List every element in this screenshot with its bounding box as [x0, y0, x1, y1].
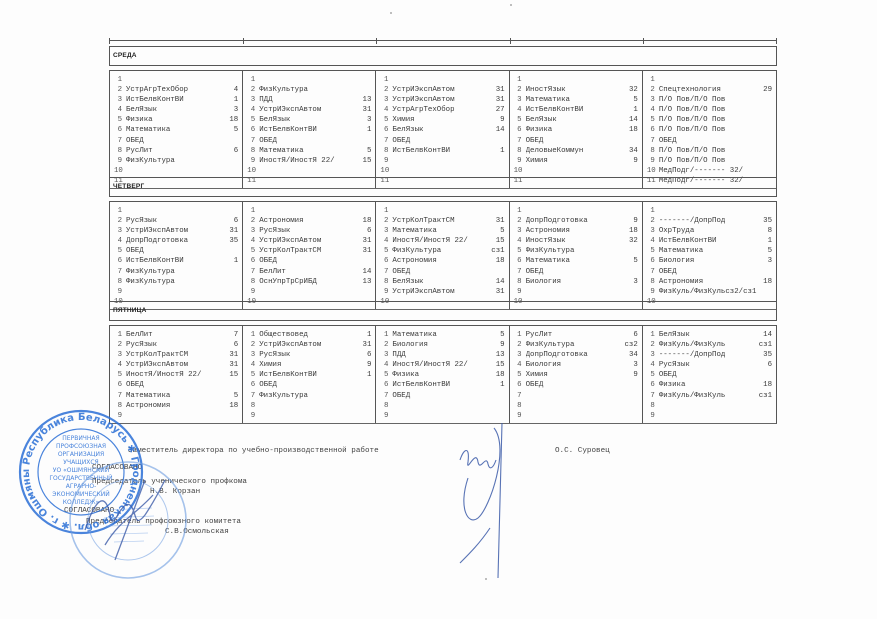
lesson-number: 5: [514, 115, 522, 125]
lesson-number: 4: [380, 360, 388, 370]
lesson-row: 1: [114, 206, 238, 216]
lesson-subject: ДопрПодготовка: [126, 236, 226, 246]
lesson-row: 8Математика5: [247, 146, 371, 156]
lesson-subject: УстрИЭкспАвтом: [259, 105, 359, 115]
lesson-number: 6: [514, 380, 522, 390]
lesson-room: 9: [359, 360, 371, 370]
lesson-room: [760, 370, 772, 380]
day-title: ПЯТНИЦА: [109, 301, 777, 321]
lesson-room: 1: [226, 256, 238, 266]
lesson-subject: УстрАгрТехОбор: [392, 105, 492, 115]
lesson-row: 3ИстБелвКонтВИ1: [114, 95, 238, 105]
lesson-subject: [659, 411, 760, 421]
lesson-room: [226, 136, 238, 146]
lesson-subject: [259, 166, 359, 176]
group-column: 12Спецтехнология293П/О Пов/П/О Пов4П/О П…: [643, 71, 776, 188]
lesson-subject: РусЛит: [126, 146, 226, 156]
scan-speck: [510, 4, 512, 6]
lesson-subject: ОБЕД: [659, 136, 760, 146]
lesson-row: 2-------/ДопрПод35: [647, 216, 772, 226]
lesson-subject: БелЯзык: [259, 115, 359, 125]
lesson-row: 3-------/ДопрПод35: [647, 350, 772, 360]
lesson-room: 6: [226, 146, 238, 156]
lesson-room: 1: [359, 370, 371, 380]
deputy-title: Заместитель директора по учебно-производ…: [128, 447, 379, 455]
lesson-subject: [259, 206, 359, 216]
lesson-room: 18: [626, 226, 638, 236]
lesson-subject: УстрИЭкспАвтом: [126, 360, 226, 370]
lesson-room: 31: [359, 236, 371, 246]
lesson-row: 6Математика5: [514, 256, 638, 266]
lesson-room: [760, 401, 772, 411]
lesson-number: 5: [514, 370, 522, 380]
lesson-number: 3: [514, 95, 522, 105]
lesson-subject: -------/ДопрПод: [659, 216, 760, 226]
lesson-room: [359, 380, 371, 390]
lesson-number: 7: [114, 267, 122, 277]
lesson-row: 1: [514, 75, 638, 85]
lesson-number: 9: [647, 287, 655, 297]
lesson-room: 6: [359, 350, 371, 360]
lesson-subject: Математика: [392, 330, 492, 340]
lesson-number: 7: [380, 136, 388, 146]
day-block-thursday: ЧЕТВЕРГ 12РусЯзык63УстрИЭкспАвтом314Допр…: [109, 177, 777, 310]
lesson-subject: ДопрПодготовка: [526, 350, 626, 360]
lesson-row: 4ИстБелвКонтВИ1: [647, 236, 772, 246]
lesson-subject: УстрАгрТехОбор: [126, 85, 226, 95]
lesson-number: 7: [514, 136, 522, 146]
lesson-room: 9: [626, 216, 638, 226]
lesson-subject: ИстБелвКонтВИ: [392, 380, 492, 390]
lesson-room: 1: [359, 125, 371, 135]
lesson-number: 9: [380, 287, 388, 297]
lesson-row: 7ФизКультура: [247, 391, 371, 401]
lesson-subject: ФизКультура: [526, 340, 625, 350]
lesson-subject: [392, 75, 492, 85]
lesson-room: 18: [359, 216, 371, 226]
lesson-room: 14: [493, 125, 505, 135]
lesson-row: 2РусЯзык6: [114, 216, 238, 226]
signature-profkom: [75, 460, 195, 570]
lesson-subject: [126, 75, 226, 85]
lesson-room: 18: [626, 125, 638, 135]
lesson-room: [493, 267, 505, 277]
lesson-subject: Математика: [526, 256, 626, 266]
lesson-room: [626, 401, 638, 411]
group-column: 12УстрАгрТехОбор43ИстБелвКонтВИ14БелЯзык…: [110, 71, 243, 188]
lesson-room: [359, 401, 371, 411]
lesson-number: 5: [380, 115, 388, 125]
lesson-number: 1: [380, 330, 388, 340]
lesson-room: 13: [493, 350, 505, 360]
lesson-number: 2: [647, 216, 655, 226]
lesson-room: [359, 206, 371, 216]
lesson-room: 8: [760, 226, 772, 236]
lesson-row: 3УстрИЭкспАвтом31: [114, 226, 238, 236]
lesson-subject: ИностЯзык: [526, 85, 626, 95]
lesson-subject: Спецтехнология: [659, 85, 760, 95]
lesson-subject: П/О Пов/П/О Пов: [659, 105, 760, 115]
day-groups: 12РусЯзык63УстрИЭкспАвтом314ДопрПодготов…: [109, 201, 777, 310]
lesson-number: 6: [514, 256, 522, 266]
lesson-row: 4УстрИЭкспАвтом31: [114, 360, 238, 370]
lesson-room: 18: [760, 277, 772, 287]
lesson-number: 3: [114, 226, 122, 236]
lesson-number: 7: [114, 136, 122, 146]
lesson-row: 2Биология9: [380, 340, 504, 350]
lesson-subject: Математика: [659, 246, 760, 256]
lesson-subject: ИностЯ/ИностЯ 22/: [126, 370, 226, 380]
lesson-row: 5ФизКультурасз1: [380, 246, 504, 256]
lesson-number: 10: [114, 166, 122, 176]
lesson-subject: ОБЕД: [126, 380, 226, 390]
lesson-room: 9: [626, 156, 638, 166]
lesson-room: [226, 156, 238, 166]
day-groups: 12УстрАгрТехОбор43ИстБелвКонтВИ14БелЯзык…: [109, 70, 777, 189]
lesson-number: 4: [647, 105, 655, 115]
lesson-row: 6Астрономия18: [380, 256, 504, 266]
lesson-number: 8: [114, 146, 122, 156]
lesson-subject: [259, 401, 359, 411]
lesson-subject: Астрономия: [526, 226, 626, 236]
lesson-subject: УстрКолТрактСМ: [259, 246, 359, 256]
lesson-row: 5Физика18: [114, 115, 238, 125]
lesson-subject: [259, 287, 359, 297]
lesson-row: 3УстрКолТрактСМ31: [114, 350, 238, 360]
lesson-row: 9Химия9: [514, 156, 638, 166]
lesson-number: 3: [247, 350, 255, 360]
lesson-subject: ИностЯ/ИностЯ 22/: [392, 360, 492, 370]
lesson-room: [359, 256, 371, 266]
lesson-number: 3: [647, 350, 655, 360]
lesson-subject: [659, 75, 760, 85]
lesson-row: 3ПДД13: [247, 95, 371, 105]
lesson-subject: ОснУпрТрСрИБД: [259, 277, 359, 287]
lesson-row: 7Математика5: [114, 391, 238, 401]
lesson-number: 2: [247, 340, 255, 350]
lesson-subject: [526, 391, 626, 401]
lesson-row: 1: [380, 206, 504, 216]
lesson-row: 7ОБЕД: [647, 267, 772, 277]
lesson-subject: Химия: [526, 156, 626, 166]
lesson-room: 6: [359, 226, 371, 236]
lesson-number: 7: [647, 136, 655, 146]
lesson-number: 10: [514, 166, 522, 176]
signature-deputy: [450, 418, 520, 578]
lesson-row: 8ДеловыеКоммун34: [514, 146, 638, 156]
lesson-number: 5: [647, 115, 655, 125]
lesson-number: 2: [647, 85, 655, 95]
lesson-row: 6ОБЕД: [114, 380, 238, 390]
lesson-row: 9: [514, 287, 638, 297]
lesson-subject: БелЯзык: [659, 330, 760, 340]
lesson-room: [626, 267, 638, 277]
lesson-room: 13: [359, 277, 371, 287]
lesson-room: 31: [359, 340, 371, 350]
lesson-subject: ОБЕД: [526, 136, 626, 146]
lesson-number: 9: [247, 156, 255, 166]
lesson-room: [493, 156, 505, 166]
lesson-room: [626, 246, 638, 256]
lesson-row: 2ФизКуль/ФизКульсз1: [647, 340, 772, 350]
lesson-subject: Физика: [526, 125, 626, 135]
lesson-row: 6ОБЕД: [514, 380, 638, 390]
lesson-row: 1Математика5: [380, 330, 504, 340]
lesson-number: 4: [247, 236, 255, 246]
lesson-number: 3: [380, 226, 388, 236]
lesson-room: [760, 125, 772, 135]
lesson-number: 9: [247, 287, 255, 297]
lesson-row: 5Математика5: [647, 246, 772, 256]
lesson-row: 7ОБЕД: [247, 136, 371, 146]
lesson-room: [359, 136, 371, 146]
lesson-row: 1РусЛит6: [514, 330, 638, 340]
group-column: 12-------/ДопрПод353ОхрТруда84ИстБелвКон…: [643, 202, 776, 309]
lesson-room: [226, 166, 238, 176]
lesson-row: 4РусЯзык6: [647, 360, 772, 370]
lesson-room: [626, 380, 638, 390]
lesson-room: 1: [626, 105, 638, 115]
lesson-room: 9: [626, 370, 638, 380]
lesson-row: 3Математика5: [380, 226, 504, 236]
lesson-room: 31: [226, 350, 238, 360]
lesson-subject: УстрИЭкспАвтом: [259, 340, 359, 350]
lesson-row: 6Физика18: [647, 380, 772, 390]
lesson-subject: Биология: [392, 340, 492, 350]
lesson-row: 8: [514, 401, 638, 411]
lesson-room: 3: [626, 360, 638, 370]
lesson-row: 5ИностЯ/ИностЯ 22/15: [114, 370, 238, 380]
lesson-number: 2: [247, 85, 255, 95]
lesson-number: 2: [380, 216, 388, 226]
lesson-number: 4: [514, 236, 522, 246]
lesson-number: 1: [114, 206, 122, 216]
lesson-row: 6ОБЕД: [247, 256, 371, 266]
lesson-number: 7: [247, 267, 255, 277]
lesson-number: 6: [514, 125, 522, 135]
lesson-room: [760, 105, 772, 115]
lesson-row: 9: [647, 411, 772, 421]
lesson-room: 1: [760, 236, 772, 246]
lesson-number: 6: [247, 125, 255, 135]
lesson-row: 10: [114, 166, 238, 176]
lesson-room: 35: [226, 236, 238, 246]
lesson-room: сз1: [759, 340, 772, 350]
lesson-subject: ИностЯ/ИностЯ 22/: [259, 156, 359, 166]
lesson-number: 6: [647, 380, 655, 390]
lesson-room: 5: [359, 146, 371, 156]
lesson-room: 14: [359, 267, 371, 277]
lesson-number: 6: [380, 125, 388, 135]
lesson-row: 6ИстБелвКонтВИ1: [247, 125, 371, 135]
stamp-inner-line: ПЕРВИЧНАЯ: [62, 435, 99, 442]
lesson-room: [626, 166, 638, 176]
lesson-number: 5: [114, 115, 122, 125]
lesson-room: 4: [226, 85, 238, 95]
lesson-room: 31: [493, 287, 505, 297]
lesson-number: 9: [514, 287, 522, 297]
lesson-subject: ФизКультура: [126, 277, 226, 287]
lesson-subject: ИностЯ/ИностЯ 22/: [392, 236, 492, 246]
lesson-subject: П/О Пов/П/О Пов: [659, 146, 760, 156]
lesson-subject: -------/ДопрПод: [659, 350, 760, 360]
lesson-room: 31: [359, 105, 371, 115]
lesson-number: 9: [647, 411, 655, 421]
lesson-room: [226, 277, 238, 287]
lesson-subject: ПДД: [259, 95, 359, 105]
lesson-number: 3: [114, 95, 122, 105]
lesson-room: 5: [493, 330, 505, 340]
lesson-row: 2ДопрПодготовка9: [514, 216, 638, 226]
lesson-room: [493, 206, 505, 216]
lesson-subject: ОБЕД: [259, 380, 359, 390]
lesson-number: 8: [514, 277, 522, 287]
deputy-name: О.С. Суровец: [555, 447, 610, 455]
lesson-number: 1: [380, 206, 388, 216]
lesson-row: 3УстрИЭкспАвтом31: [380, 95, 504, 105]
lesson-number: 9: [647, 156, 655, 166]
lesson-row: 4УстрИЭкспАвтом31: [247, 105, 371, 115]
lesson-number: 1: [247, 75, 255, 85]
lesson-subject: ОБЕД: [526, 380, 626, 390]
lesson-number: 1: [647, 330, 655, 340]
lesson-row: 4ИностЯ/ИностЯ 22/15: [380, 236, 504, 246]
lesson-subject: УстрИЭкспАвтом: [126, 226, 226, 236]
lesson-subject: Биология: [526, 360, 626, 370]
lesson-row: 8: [380, 401, 504, 411]
lesson-row: 4Биология3: [514, 360, 638, 370]
lesson-room: [359, 85, 371, 95]
lesson-row: 1: [247, 75, 371, 85]
lesson-number: 5: [514, 246, 522, 256]
lesson-row: 2ФизКультура: [247, 85, 371, 95]
lesson-subject: БелЯзык: [126, 105, 226, 115]
lesson-row: 5ФизКультура: [514, 246, 638, 256]
lesson-subject: Астрономия: [659, 277, 760, 287]
lesson-subject: П/О Пов/П/О Пов: [659, 156, 760, 166]
lesson-row: 8: [247, 401, 371, 411]
lesson-row: 5БелЯзык14: [514, 115, 638, 125]
lesson-row: 5П/О Пов/П/О Пов: [647, 115, 772, 125]
lesson-room: 35: [760, 216, 772, 226]
lesson-row: 8П/О Пов/П/О Пов: [647, 146, 772, 156]
lesson-row: 6БелЯзык14: [380, 125, 504, 135]
lesson-row: 5ОБЕД: [647, 370, 772, 380]
lesson-room: [359, 287, 371, 297]
lesson-room: 6: [226, 216, 238, 226]
lesson-room: [626, 391, 638, 401]
lesson-subject: РусЯзык: [659, 360, 760, 370]
lesson-room: 3: [226, 105, 238, 115]
lesson-number: 2: [114, 85, 122, 95]
lesson-number: 8: [647, 401, 655, 411]
lesson-subject: [392, 401, 492, 411]
lesson-row: 3П/О Пов/П/О Пов: [647, 95, 772, 105]
lesson-subject: УстрИЭкспАвтом: [392, 85, 492, 95]
lesson-number: 4: [647, 236, 655, 246]
lesson-room: 14: [626, 115, 638, 125]
lesson-subject: [526, 287, 626, 297]
lesson-room: [226, 75, 238, 85]
lesson-room: [626, 206, 638, 216]
lesson-row: 4Химия9: [247, 360, 371, 370]
lesson-number: 7: [647, 267, 655, 277]
lesson-number: 2: [647, 340, 655, 350]
lesson-room: 15: [493, 236, 505, 246]
lesson-subject: [659, 206, 760, 216]
lesson-subject: ИстБелвКонтВИ: [392, 146, 492, 156]
lesson-number: 6: [647, 125, 655, 135]
lesson-room: 3: [359, 115, 371, 125]
lesson-room: [493, 136, 505, 146]
lesson-room: [359, 75, 371, 85]
lesson-number: 1: [514, 206, 522, 216]
lesson-room: 18: [760, 380, 772, 390]
lesson-number: 8: [647, 277, 655, 287]
lesson-room: [226, 380, 238, 390]
lesson-number: 2: [380, 340, 388, 350]
lesson-row: 5БелЯзык3: [247, 115, 371, 125]
lesson-row: 9ФизКультура: [114, 156, 238, 166]
group-column: 12Астрономия183РусЯзык64УстрИЭкспАвтом31…: [243, 202, 376, 309]
lesson-row: 2ФизКультурасз2: [514, 340, 638, 350]
lesson-number: 3: [380, 95, 388, 105]
lesson-subject: [392, 156, 492, 166]
group-column: 1Обществовед12УстрИЭкспАвтом313РусЯзык64…: [243, 326, 376, 423]
lesson-number: 8: [380, 277, 388, 287]
lesson-number: 5: [380, 370, 388, 380]
lesson-room: 31: [359, 246, 371, 256]
lesson-row: 9: [380, 156, 504, 166]
lesson-subject: ОБЕД: [526, 267, 626, 277]
lesson-number: 1: [647, 75, 655, 85]
lesson-row: 1: [247, 206, 371, 216]
group-column: 12УстрИЭкспАвтом313УстрИЭкспАвтом314Устр…: [376, 71, 509, 188]
lesson-subject: [126, 206, 226, 216]
lesson-room: 5: [626, 95, 638, 105]
lesson-row: 9П/О Пов/П/О Пов: [647, 156, 772, 166]
lesson-room: 31: [493, 95, 505, 105]
lesson-row: 3ПДД13: [380, 350, 504, 360]
lesson-row: 8РусЛит6: [114, 146, 238, 156]
lesson-number: 5: [247, 246, 255, 256]
lesson-room: 15: [226, 370, 238, 380]
lesson-row: 5ИстБелвКонтВИ1: [247, 370, 371, 380]
group-column: 12ДопрПодготовка93Астрономия184ИностЯзык…: [510, 202, 643, 309]
lesson-number: 3: [380, 350, 388, 360]
lesson-number: 3: [247, 226, 255, 236]
lesson-room: [760, 95, 772, 105]
lesson-room: [226, 246, 238, 256]
lesson-row: 4УстрИЭкспАвтом31: [247, 236, 371, 246]
lesson-room: 7: [226, 330, 238, 340]
lesson-subject: УстрИЭкспАвтом: [392, 287, 492, 297]
lesson-subject: [126, 287, 226, 297]
group-column: 1РусЛит62ФизКультурасз23ДопрПодготовка34…: [510, 326, 643, 423]
lesson-subject: П/О Пов/П/О Пов: [659, 125, 760, 135]
lesson-row: 3Математика5: [514, 95, 638, 105]
lesson-number: 6: [380, 256, 388, 266]
lesson-number: 7: [247, 391, 255, 401]
lesson-room: 15: [493, 360, 505, 370]
lesson-number: 7: [647, 391, 655, 401]
lesson-number: 4: [380, 105, 388, 115]
lesson-number: 6: [114, 256, 122, 266]
lesson-row: 2Астрономия18: [247, 216, 371, 226]
lesson-subject: ОБЕД: [659, 267, 760, 277]
lesson-number: 6: [114, 125, 122, 135]
lesson-subject: Астрономия: [259, 216, 359, 226]
